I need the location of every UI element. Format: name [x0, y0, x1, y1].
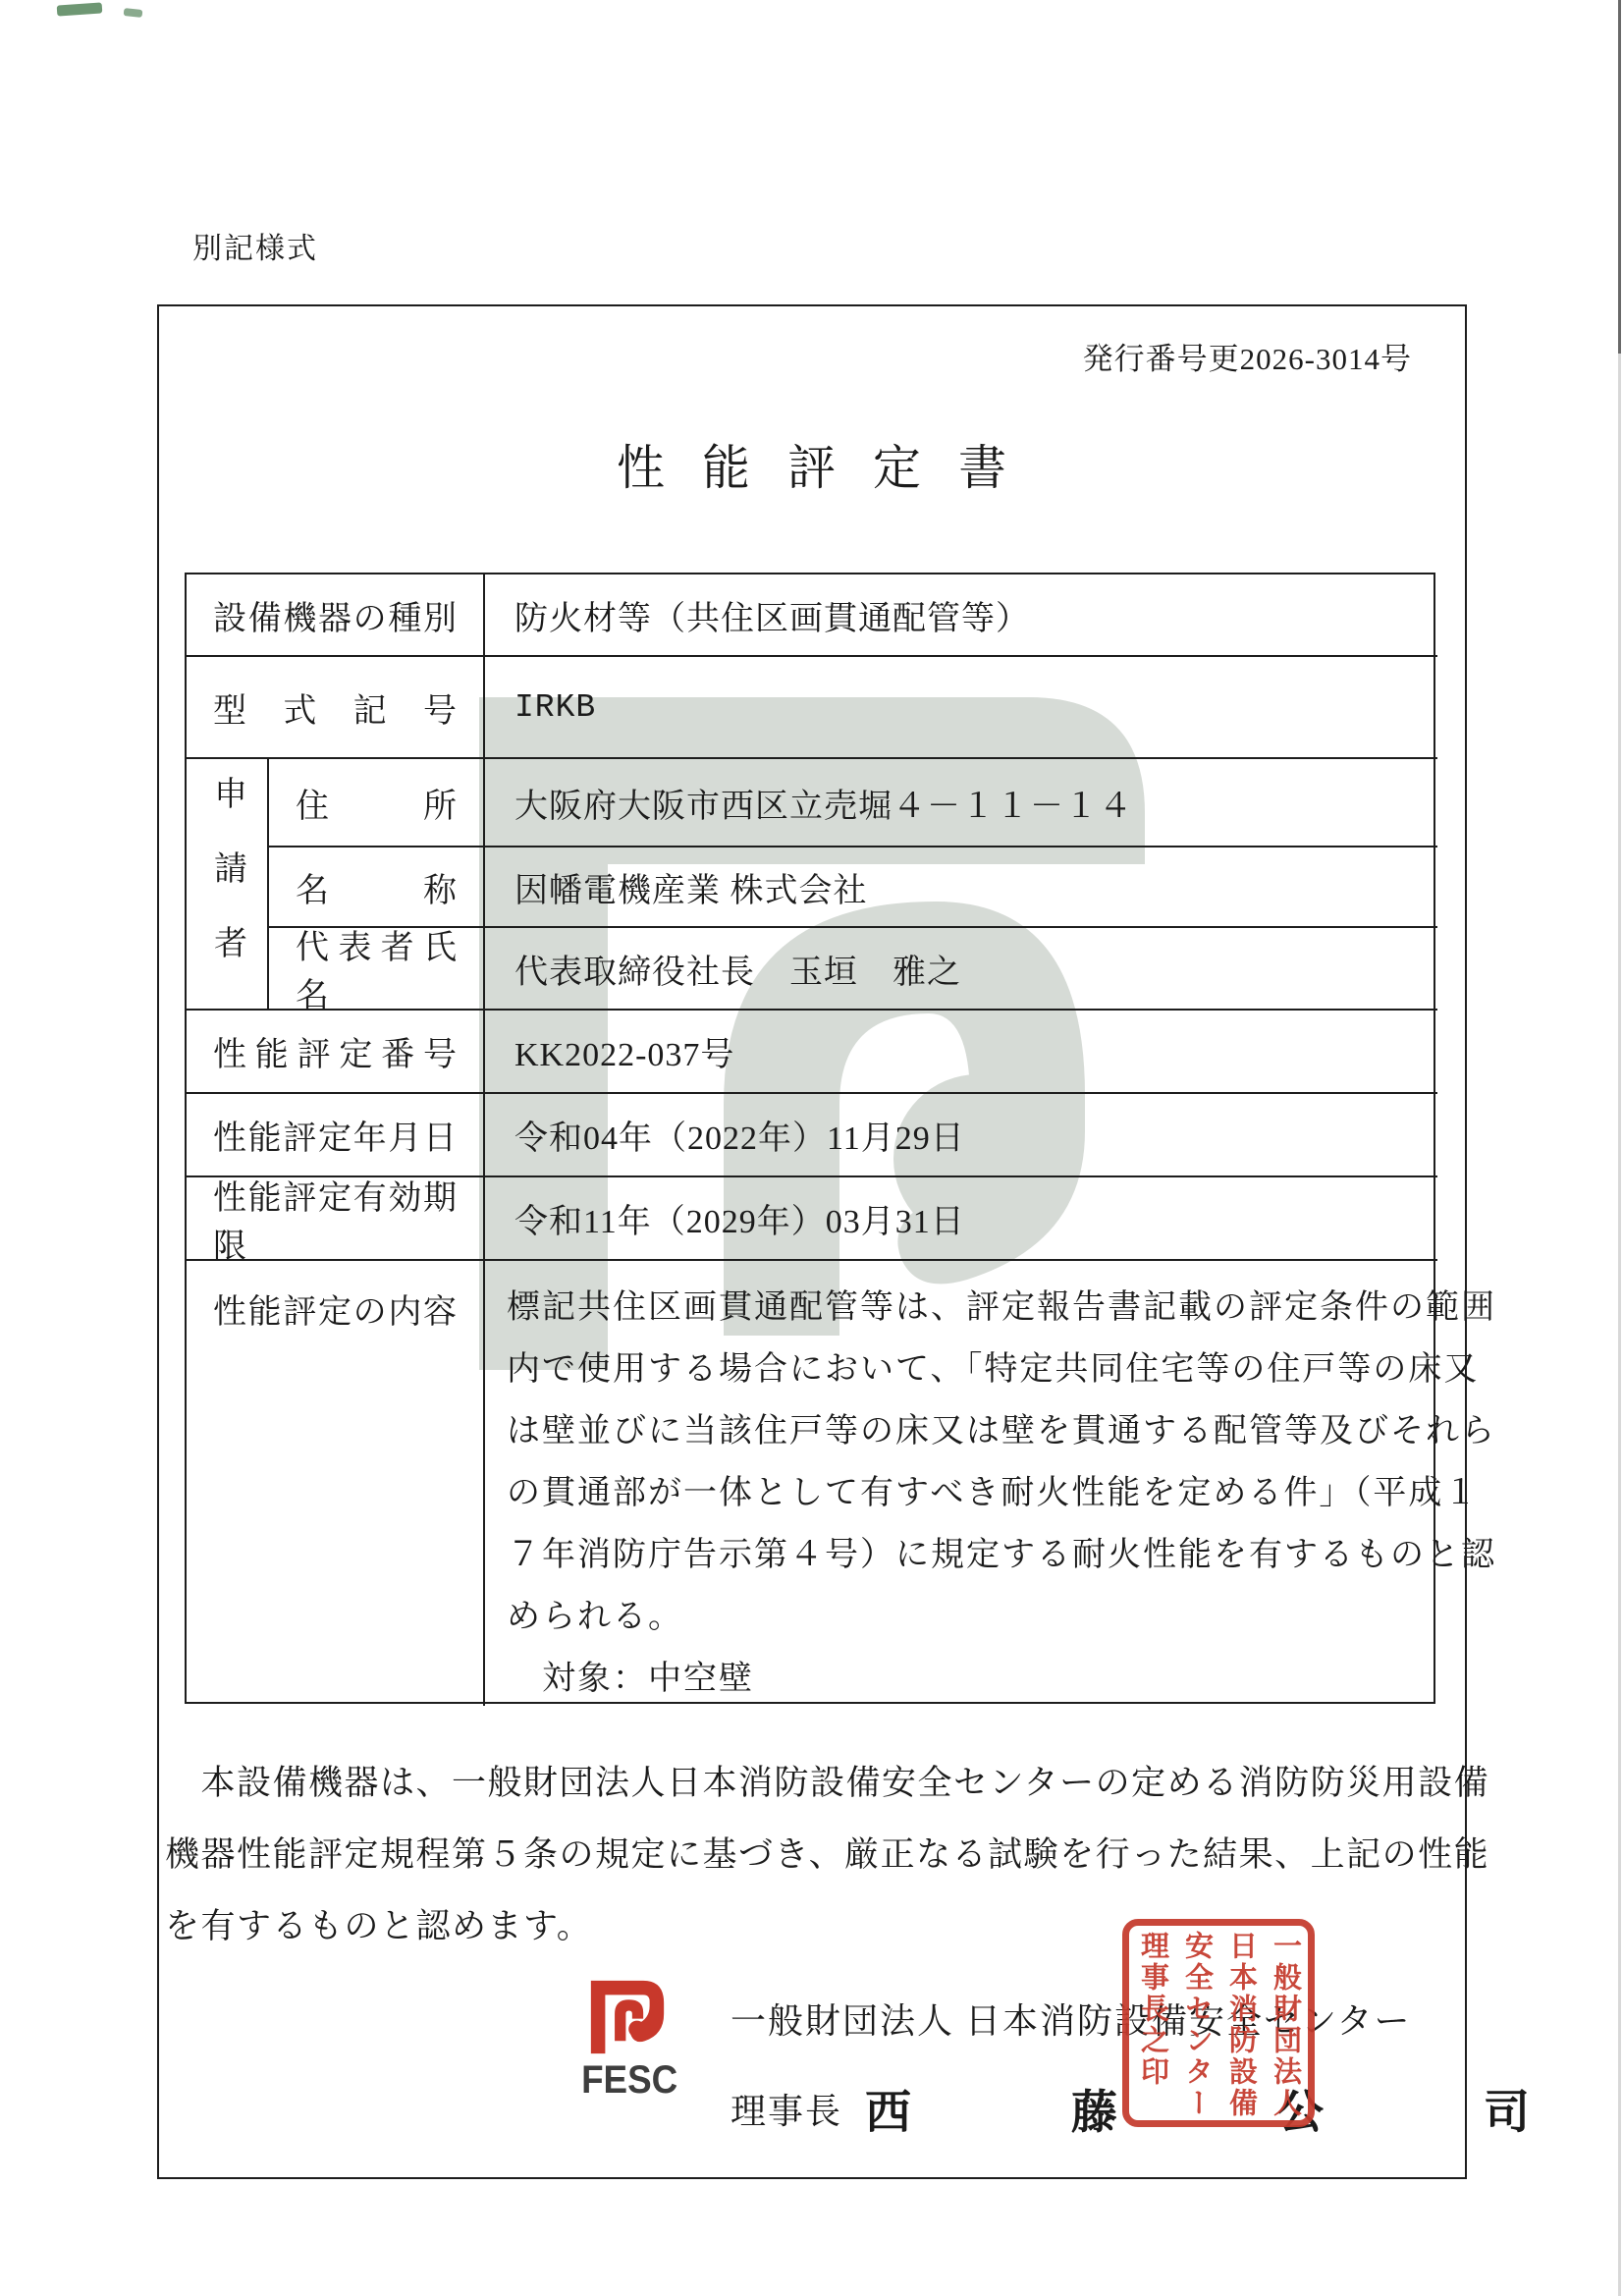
scan-edge-line-rest [1618, 354, 1621, 2296]
applicant-name-label: 名称 [267, 846, 483, 926]
fesc-logo-text: FESC [581, 2058, 674, 2103]
content-line: 内で使用する場合において、「特定共同住宅等の住戸等の床又 [507, 1339, 1437, 1400]
scan-edge-line-top [1618, 0, 1621, 354]
certificate-table: 設備機器の種別 防火材等（共住区画貫通配管等） 型式記号 IRKB 申請者 住所… [185, 573, 1435, 1704]
seal-column: 日本消防設備 [1225, 1931, 1257, 2119]
applicant-group-label: 申請者 [187, 757, 267, 1009]
applicant-representative-value: 代表取締役社長 玉垣 雅之 [483, 926, 1437, 1009]
content-line: 対象：中空壁 [507, 1648, 1437, 1710]
evaluation-number-value: KK2022-037号 [483, 1009, 1437, 1092]
evaluation-date-label: 性能評定年月日 [187, 1092, 483, 1175]
statement-line: 機器性能評定規程第５条の規定に基づき、厳正なる試験を行った結果、上記の性能 [165, 1819, 1451, 1890]
evaluation-expiry-value: 令和11年（2029年）03月31日 [483, 1175, 1437, 1259]
applicant-address-label: 住所 [267, 757, 483, 846]
seal-column: 理事長之印 [1137, 1931, 1168, 2088]
applicant-name-value: 因幡電機産業 株式会社 [483, 846, 1437, 926]
statement-line: 本設備機器は、一般財団法人日本消防設備安全センターの定める消防防災用設備 [165, 1747, 1451, 1819]
content-line: められる。 [507, 1586, 1437, 1648]
form-style-note: 別記様式 [192, 224, 318, 267]
content-line: は壁並びに当該住戸等の床又は壁を貫通する配管等及びそれら [507, 1400, 1437, 1462]
evaluation-expiry-label: 性能評定有効期限 [187, 1175, 483, 1259]
scan-smudge-green-small [124, 8, 143, 18]
president-title: 理事長 西 藤 公 司 [730, 2084, 842, 2134]
equipment-type-label: 設備機器の種別 [187, 574, 483, 655]
issue-number: 発行番号更2026-3014号 [1083, 334, 1412, 378]
equipment-type-value: 防火材等（共住区画貫通配管等） [483, 574, 1437, 655]
seal-column: 安全センター [1181, 1931, 1213, 2119]
model-code-value: IRKB [483, 655, 1437, 757]
applicant-address-value: 大阪府大阪市西区立売堀４－１１－１４ [483, 757, 1437, 846]
evaluation-number-label: 性能評定番号 [187, 1009, 483, 1092]
model-code-label: 型式記号 [187, 655, 483, 757]
evaluation-date-value: 令和04年（2022年）11月29日 [483, 1092, 1437, 1175]
evaluation-content-value: 標記共住区画貫通配管等は、評定報告書記載の評定条件の範囲 内で使用する場合におい… [483, 1259, 1437, 1706]
content-line: ７年消防庁告示第４号）に規定する耐火性能を有するものと認 [507, 1524, 1437, 1586]
applicant-representative-label: 代表者氏名 [267, 926, 483, 1009]
content-line: の貫通部が一体として有すべき耐火性能を定める件」（平成１ [507, 1462, 1437, 1524]
page-title: 性能評定書 [0, 430, 1623, 499]
fesc-logo-icon [586, 1976, 669, 2058]
content-line: 標記共住区画貫通配管等は、評定報告書記載の評定条件の範囲 [507, 1277, 1437, 1339]
official-seal: 一般財団法人 日本消防設備 安全センター 理事長之印 [1122, 1919, 1315, 2127]
evaluation-content-label: 性能評定の内容 [187, 1259, 483, 1706]
scan-smudge-green [57, 2, 103, 16]
seal-column: 一般財団法人 [1270, 1931, 1301, 2119]
